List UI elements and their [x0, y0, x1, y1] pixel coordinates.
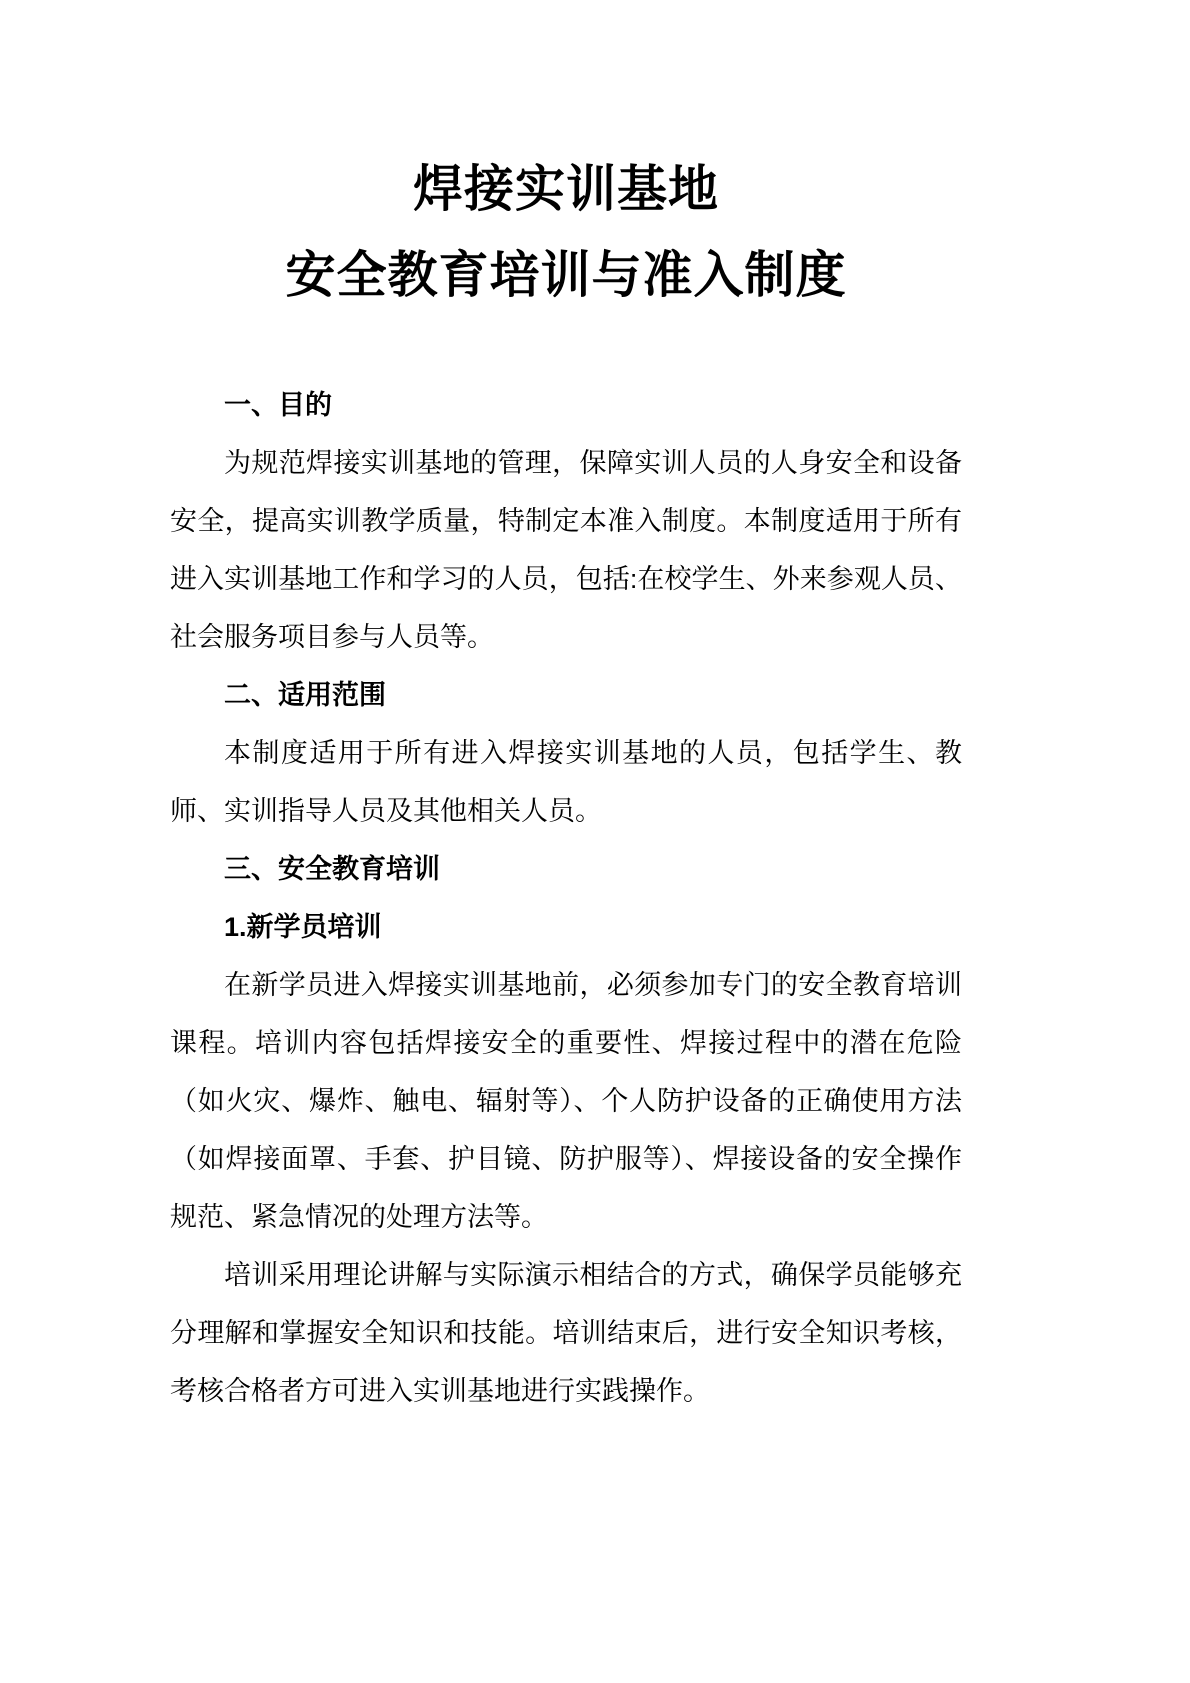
document-title-line-1: 焊接实训基地: [170, 146, 962, 232]
document-title-block: 焊接实训基地 安全教育培训与准入制度: [170, 0, 962, 318]
paragraph-scope: 本制度适用于所有进入焊接实训基地的人员，包括学生、教师、实训指导人员及其他相关人…: [170, 724, 962, 840]
section-heading-purpose: 一、目的: [170, 376, 962, 434]
document-content: 焊接实训基地 安全教育培训与准入制度 一、目的 为规范焊接实训基地的管理，保障实…: [170, 0, 962, 1420]
subsection-heading-new-trainee-training: 1.新学员培训: [170, 898, 962, 956]
document-body: 一、目的 为规范焊接实训基地的管理，保障实训人员的人身安全和设备安全，提高实训教…: [170, 376, 962, 1420]
paragraph-training-method-assessment: 培训采用理论讲解与实际演示相结合的方式，确保学员能够充分理解和掌握安全知识和技能…: [170, 1246, 962, 1420]
document-page: 焊接实训基地 安全教育培训与准入制度 一、目的 为规范焊接实训基地的管理，保障实…: [0, 0, 1190, 1683]
section-heading-safety-training: 三、安全教育培训: [170, 840, 962, 898]
paragraph-purpose: 为规范焊接实训基地的管理，保障实训人员的人身安全和设备安全，提高实训教学质量，特…: [170, 434, 962, 666]
section-heading-scope: 二、适用范围: [170, 666, 962, 724]
paragraph-new-trainee-training-content: 在新学员进入焊接实训基地前，必须参加专门的安全教育培训课程。培训内容包括焊接安全…: [170, 956, 962, 1246]
document-title-line-2: 安全教育培训与准入制度: [170, 232, 962, 318]
